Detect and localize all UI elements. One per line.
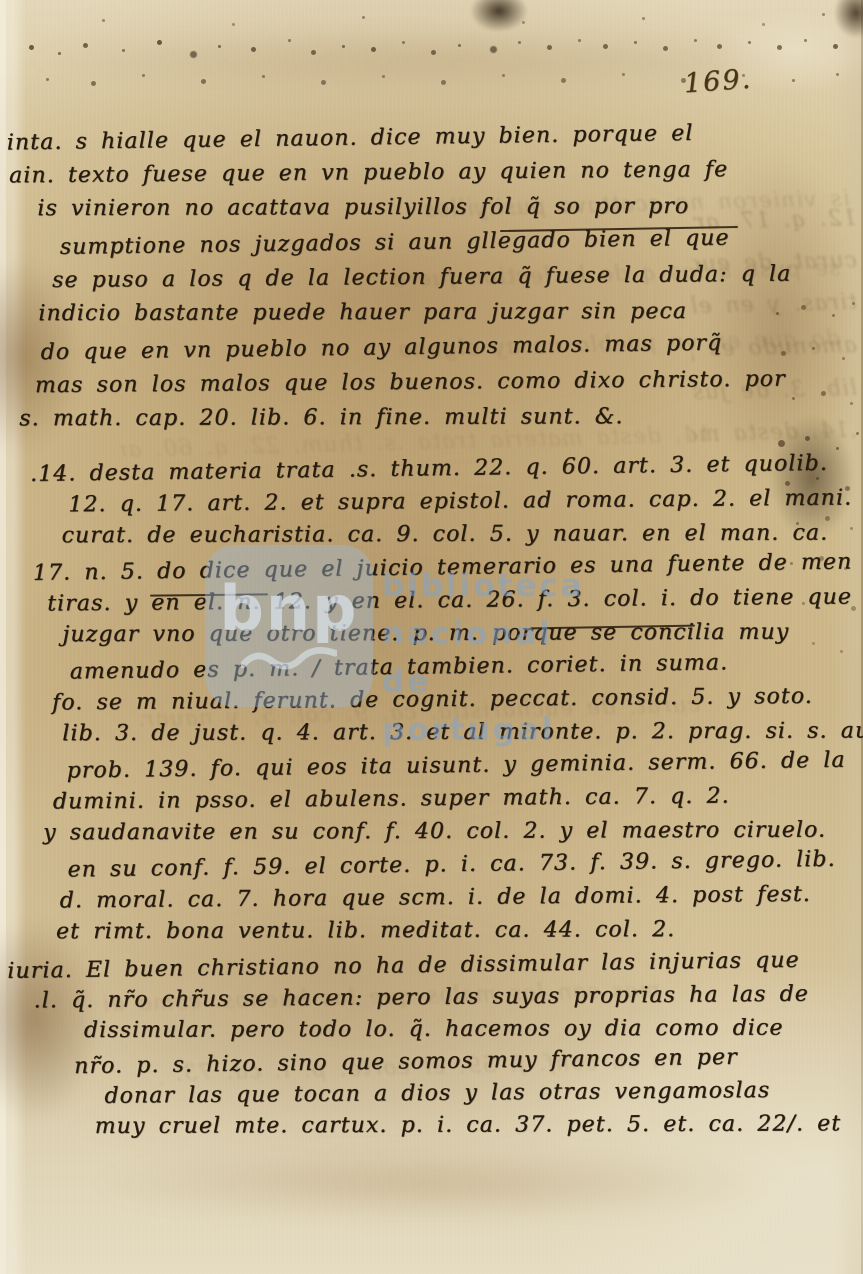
paragraph-closing: iuria. El buen christiano no ha de dissi… <box>7 946 841 1145</box>
manuscript-line: muy cruel mte. cartux. p. i. ca. 37. pet… <box>95 1108 842 1143</box>
paper-stain <box>90 1148 770 1220</box>
manuscript-line: s. math. cap. 20. lib. 6. in fine. multi… <box>19 399 792 437</box>
manuscript-page: 169. inta. s hialle que el nauon. dice m… <box>0 0 863 1274</box>
ink-speckles-top <box>0 0 3 3</box>
ink-stain <box>834 0 863 38</box>
paragraph-citations: .14. desta materia trata .s. thum. 22. q… <box>6 448 863 951</box>
manuscript-line: dumini. in psso. el abulens. super math.… <box>53 778 863 818</box>
folio-number: 169. <box>683 64 753 100</box>
manuscript-line: 12. q. 17. art. 2. et supra epistol. ad … <box>68 481 863 521</box>
manuscript-line: donar las que tocan a dios y las otras v… <box>104 1074 841 1112</box>
manuscript-line: tiras. y en el. n. 12. y en el. ca. 26. … <box>47 580 863 620</box>
manuscript-line: .l. q̃. nr̃o chr̃us se hacen: pero las s… <box>33 978 840 1017</box>
manuscript-line: ain. texto fuese que en vn pueblo ay qui… <box>9 152 791 194</box>
paragraph-opening: inta. s hialle que el nauon. dice muy bi… <box>7 117 793 439</box>
manuscript-line: mas son los malos que los buenos. como d… <box>35 362 793 404</box>
ink-speckles-right-margin <box>0 0 3 3</box>
ink-stain <box>470 0 528 32</box>
manuscript-line: se puso a los q de la lection fuera q̃ f… <box>52 257 792 298</box>
manuscript-line: d. moral. ca. 7. hora que scm. i. de la … <box>60 877 863 917</box>
manuscript-line: et rimt. bona ventu. lib. meditat. ca. 4… <box>56 912 863 948</box>
manuscript-line: fo. se m niual. ferunt. de cognit. pecca… <box>52 679 863 719</box>
